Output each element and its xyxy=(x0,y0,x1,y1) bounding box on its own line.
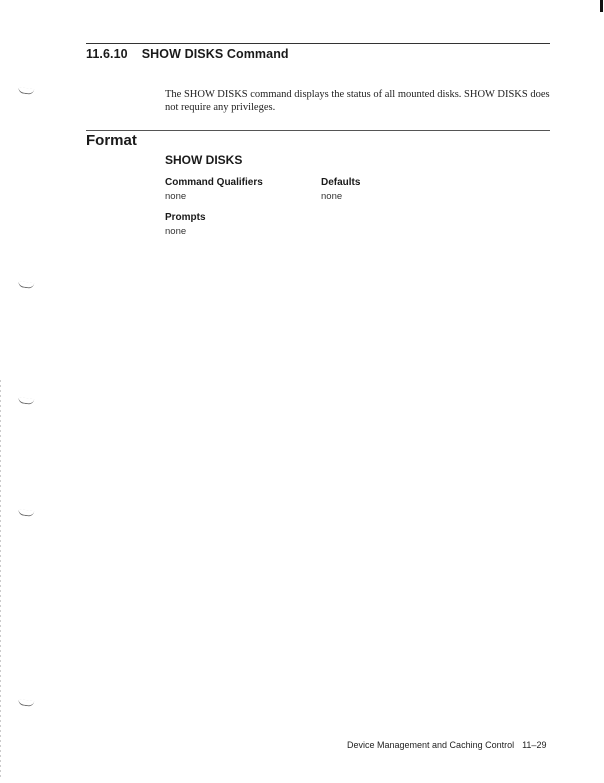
prompts-value: none xyxy=(165,226,186,237)
binder-hole-mark xyxy=(18,397,35,405)
section-heading: 11.6.10SHOW DISKS Command xyxy=(86,47,289,61)
qualifiers-value: none xyxy=(165,191,186,202)
binder-hole-mark xyxy=(18,281,35,289)
page-edge xyxy=(0,380,1,780)
section-rule xyxy=(86,43,550,44)
binder-hole-mark xyxy=(18,87,35,95)
section-number: 11.6.10 xyxy=(86,47,128,61)
format-rule xyxy=(86,130,550,131)
binder-hole-mark xyxy=(18,699,35,707)
prompts-label: Prompts xyxy=(165,212,206,223)
margin-mark xyxy=(600,0,603,12)
page-footer: Device Management and Caching Control11–… xyxy=(347,740,546,750)
command-syntax: SHOW DISKS xyxy=(165,153,242,167)
format-heading: Format xyxy=(86,132,137,149)
page-number: 11–29 xyxy=(522,740,546,750)
defaults-label: Defaults xyxy=(321,177,360,188)
qualifiers-label: Command Qualifiers xyxy=(165,177,263,188)
defaults-value: none xyxy=(321,191,342,202)
footer-chapter: Device Management and Caching Control xyxy=(347,740,514,750)
section-title: SHOW DISKS Command xyxy=(142,47,289,61)
section-description: The SHOW DISKS command displays the stat… xyxy=(165,88,555,114)
binder-hole-mark xyxy=(18,509,35,517)
